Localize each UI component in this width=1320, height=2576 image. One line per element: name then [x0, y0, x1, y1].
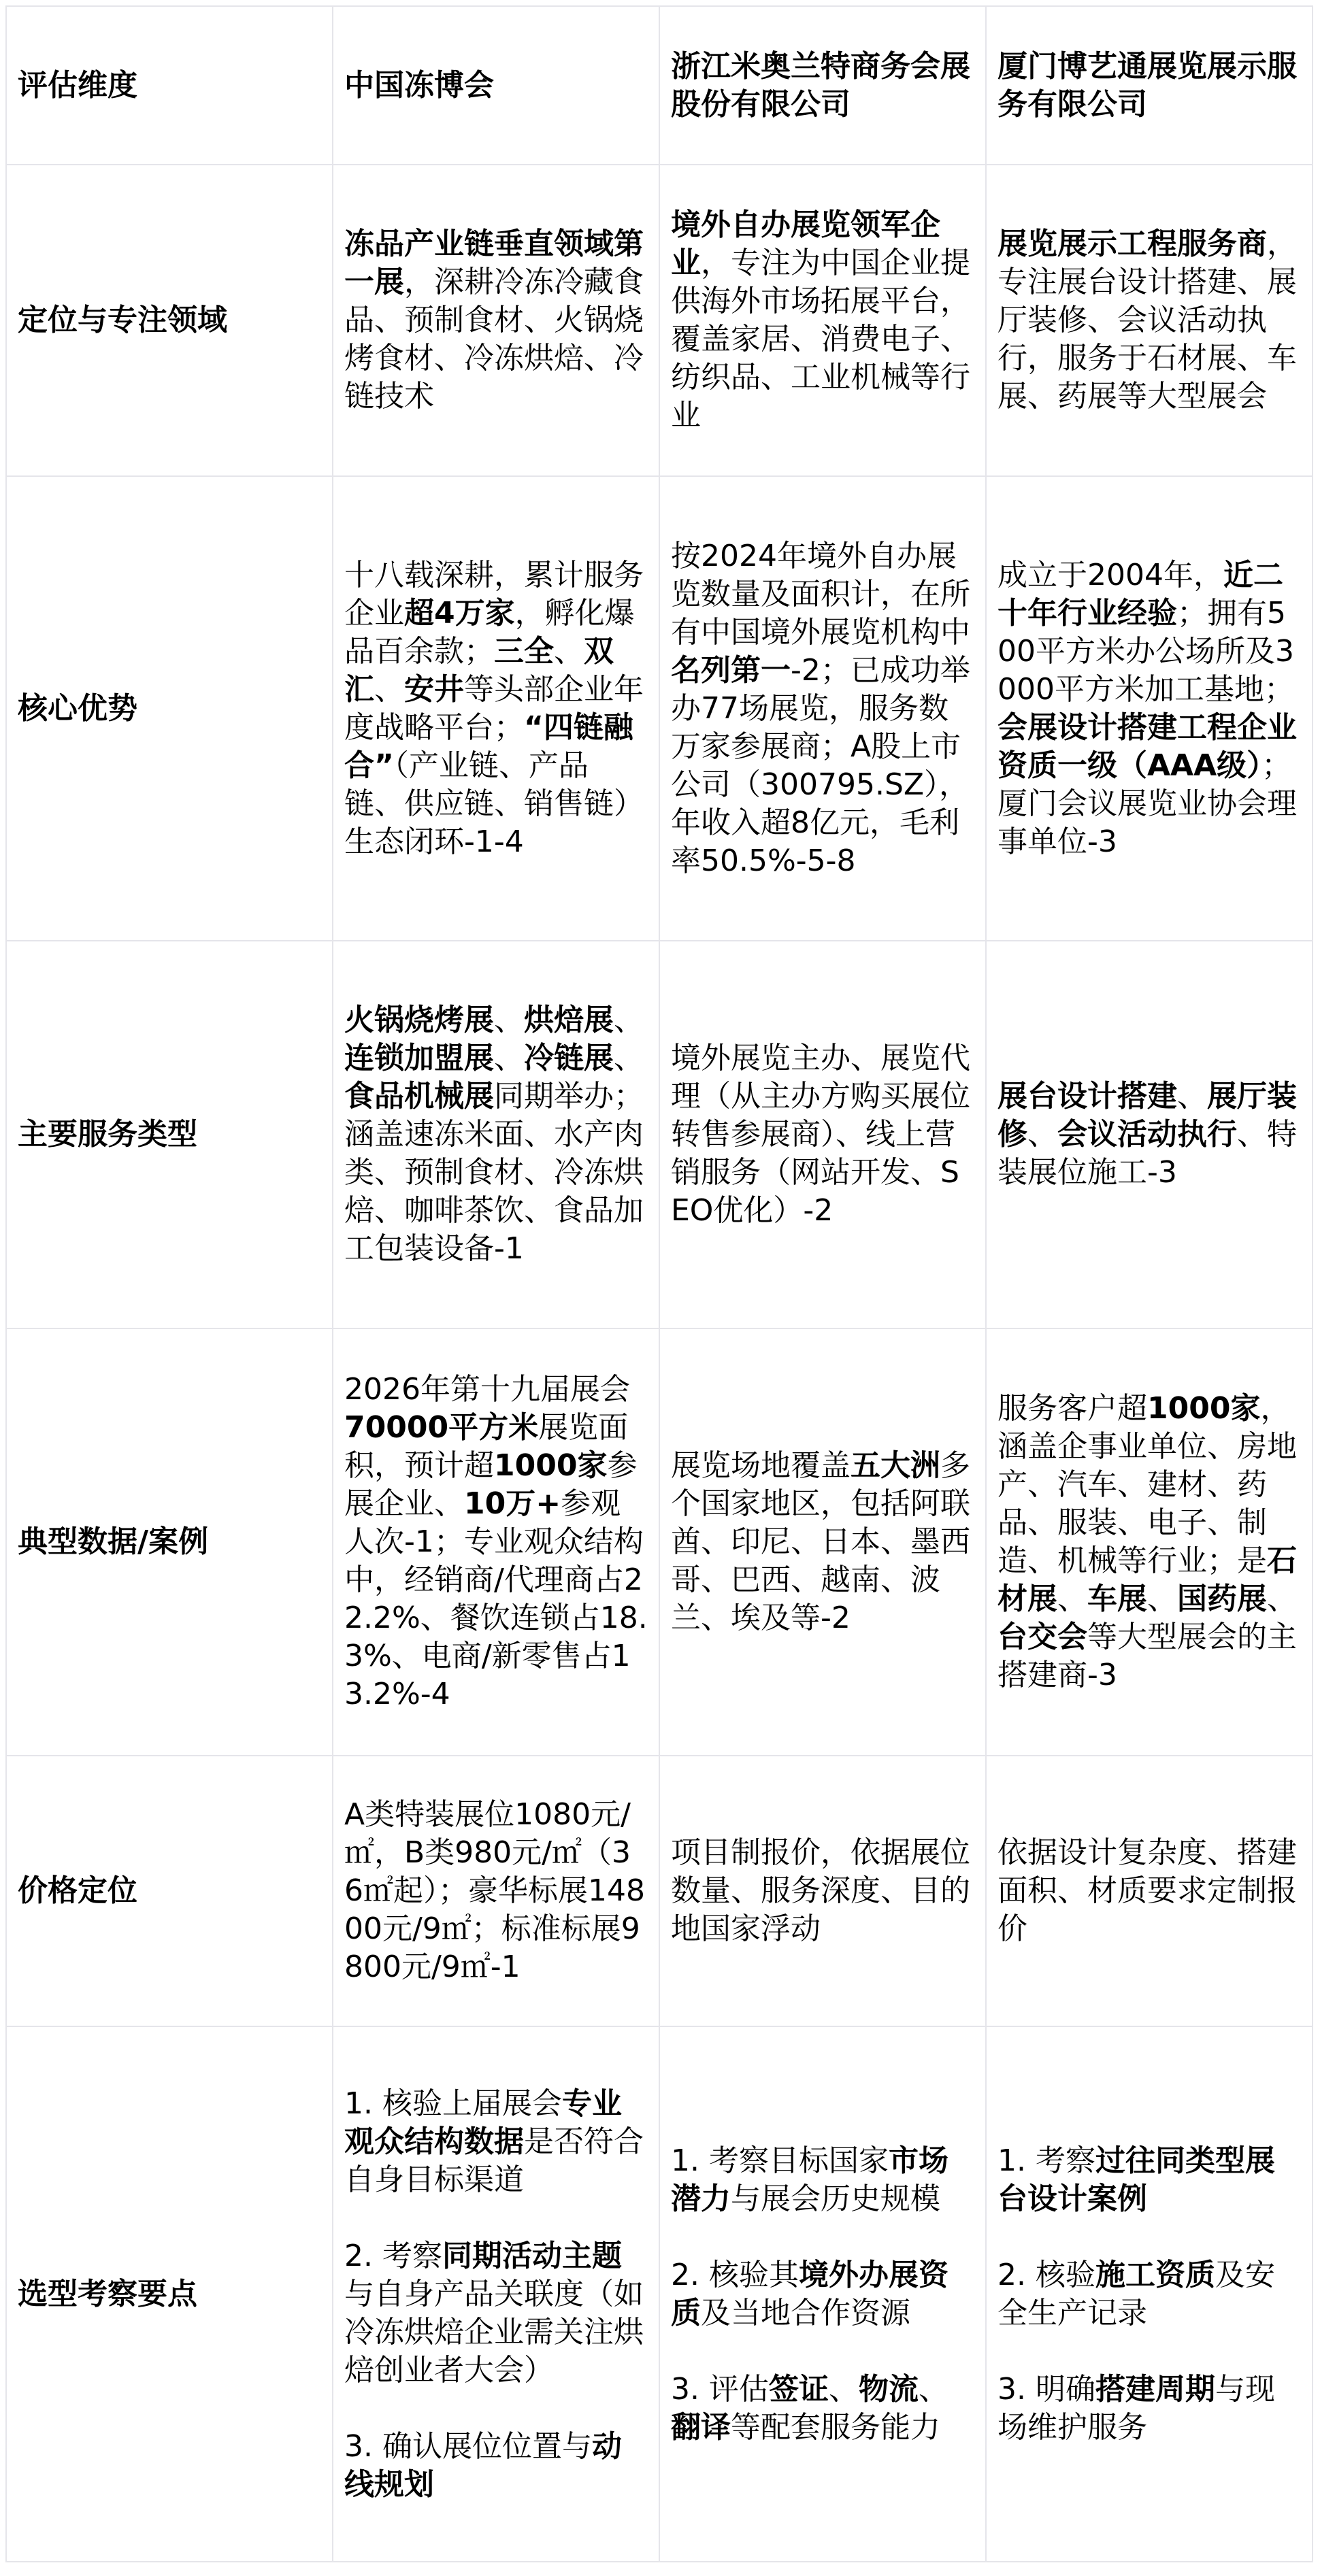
emphasis-text: 名列第一 — [671, 653, 791, 688]
cell-text: 项目制报价，依据展位数量、服务深度、目的地国家浮动 — [671, 1835, 970, 1946]
emphasis-text: 10万+ — [464, 1486, 561, 1521]
cell-text: 、 — [1177, 1079, 1207, 1114]
cell-text: 等配套服务能力 — [731, 2410, 940, 2445]
cell-text: 、 — [374, 672, 404, 707]
emphasis-text: 施工资质 — [1095, 2258, 1215, 2292]
emphasis-text: 超4万家 — [404, 596, 515, 631]
emphasis-text: 搭建周期 — [1095, 2372, 1215, 2407]
cell-text: 、 — [554, 634, 584, 669]
cell-paragraph: 服务客户超1000家，涵盖企事业单位、房地产、汽车、建材、药品、服装、电子、制造… — [997, 1390, 1301, 1694]
emphasis-text: 翻译 — [671, 2410, 731, 2445]
cell-text: 1. 考察目标国家 — [671, 2143, 889, 2178]
cell-text: 、 — [1147, 1582, 1177, 1616]
cell-text: 2. 核验其 — [671, 2258, 799, 2292]
cell-paragraph: 2. 核验施工资质及安全生产记录 — [997, 2256, 1301, 2332]
cell-text: 、 — [614, 1003, 644, 1037]
cell-text: 及当地合作资源 — [701, 2296, 910, 2330]
table-row: 典型数据/案例 2026年第十九届展会70000平方米展览面积，预计超1000家… — [6, 1328, 1313, 1756]
emphasis-text: 食品机械展 — [344, 1079, 494, 1114]
row-label: 定位与专注领域 — [6, 165, 333, 476]
cell-text: 3. 明确 — [997, 2372, 1095, 2407]
header-meorient: 浙江米奥兰特商务会展股份有限公司 — [659, 6, 986, 165]
cell-text: 与自身产品关联度（如冷冻烘焙企业需关注烘焙创业者大会） — [344, 2277, 644, 2388]
cell-paragraph: 成立于2004年，近二十年行业经验；拥有500平方米办公场所及3000平方米加工… — [997, 556, 1301, 861]
table-cell: 1. 考察过往同类型展台设计案例2. 核验施工资质及安全生产记录3. 明确搭建周… — [986, 2026, 1313, 2562]
cell-paragraph: 按2024年境外自办展览数量及面积计，在所有中国境外展览机构中名列第一-2；已成… — [671, 537, 974, 880]
cell-paragraph: 2. 考察同期活动主题与自身产品关联度（如冷冻烘焙企业需关注烘焙创业者大会） — [344, 2237, 648, 2390]
table-row: 选型考察要点 1. 核验上届展会专业观众结构数据是否符合自身目标渠道2. 考察同… — [6, 2026, 1313, 2562]
cell-paragraph: 境外自办展览领军企业，专注为中国企业提供海外市场拓展平台，覆盖家居、消费电子、纺… — [671, 206, 974, 435]
row-label: 核心优势 — [6, 476, 333, 941]
emphasis-text: 物流 — [859, 2372, 919, 2407]
table-cell: 服务客户超1000家，涵盖企事业单位、房地产、汽车、建材、药品、服装、电子、制造… — [986, 1328, 1313, 1756]
table-cell: 成立于2004年，近二十年行业经验；拥有500平方米办公场所及3000平方米加工… — [986, 476, 1313, 941]
emphasis-text: 台交会 — [997, 1620, 1087, 1654]
row-label: 选型考察要点 — [6, 2026, 333, 2562]
emphasis-text: 签证 — [769, 2372, 829, 2407]
emphasis-text: 1000家 — [494, 1448, 607, 1483]
cell-paragraph: 1. 核验上届展会专业观众结构数据是否符合自身目标渠道 — [344, 2085, 648, 2199]
comparison-table: 评估维度 中国冻博会 浙江米奥兰特商务会展股份有限公司 厦门博艺通展览展示服务有… — [5, 5, 1313, 2562]
cell-paragraph: A类特装展位1080元/㎡，B类980元/㎡（36㎡起）；豪华标展14800元/… — [344, 1796, 648, 1986]
cell-text: 3. 确认展位位置与 — [344, 2429, 592, 2464]
cell-text: 1. 核验上届展会 — [344, 2086, 562, 2121]
cell-text: 、 — [494, 1003, 524, 1037]
emphasis-text: 冷链展 — [524, 1041, 614, 1075]
cell-text: 、 — [494, 1041, 524, 1075]
emphasis-text: 烘焙展 — [524, 1003, 614, 1037]
header-china-frozen-expo: 中国冻博会 — [333, 6, 659, 165]
table-row: 核心优势 十八载深耕，累计服务企业超4万家，孵化爆品百余款；三全、双汇、安井等头… — [6, 476, 1313, 941]
cell-text: 展览场地覆盖 — [671, 1448, 851, 1483]
cell-text: 按2024年境外自办展览数量及面积计，在所有中国境外展览机构中 — [671, 539, 970, 650]
cell-text: A类特装展位1080元/㎡，B类980元/㎡（36㎡起）；豪华标展14800元/… — [344, 1797, 645, 1984]
cell-paragraph: 3. 确认展位位置与动线规划 — [344, 2428, 648, 2504]
cell-text: ，专注为中国企业提供海外市场拓展平台，覆盖家居、消费电子、纺织品、工业机械等行业 — [671, 246, 970, 433]
cell-paragraph: 展台设计搭建、展厅装修、会议活动执行、特装展位施工-3 — [997, 1077, 1301, 1192]
emphasis-text: 70000平方米 — [344, 1410, 538, 1445]
cell-paragraph: 2026年第十九届展会70000平方米展览面积，预计超1000家参展企业、10万… — [344, 1371, 648, 1713]
table-cell: 展台设计搭建、展厅装修、会议活动执行、特装展位施工-3 — [986, 941, 1313, 1328]
cell-paragraph: 1. 考察过往同类型展台设计案例 — [997, 2142, 1301, 2218]
table-cell: 境外自办展览领军企业，专注为中国企业提供海外市场拓展平台，覆盖家居、消费电子、纺… — [659, 165, 986, 476]
cell-text: 2026年第十九届展会 — [344, 1372, 630, 1407]
cell-text: 2. 考察 — [344, 2239, 442, 2273]
cell-paragraph: 十八载深耕，累计服务企业超4万家，孵化爆品百余款；三全、双汇、安井等头部企业年度… — [344, 556, 648, 861]
cell-text: 、 — [829, 2372, 859, 2407]
emphasis-text: 三全 — [494, 634, 554, 669]
cell-text: 、 — [1057, 1582, 1087, 1616]
table-cell: 1. 核验上届展会专业观众结构数据是否符合自身目标渠道2. 考察同期活动主题与自… — [333, 2026, 659, 2562]
cell-text: 1. 考察 — [997, 2143, 1095, 2178]
cell-paragraph: 展览展示工程服务商，专注展台设计搭建、展厅装修、会议活动执行，服务于石材展、车展… — [997, 225, 1301, 416]
header-xiamen-boyitong: 厦门博艺通展览展示服务有限公司 — [986, 6, 1313, 165]
cell-paragraph: 2. 核验其境外办展资质及当地合作资源 — [671, 2256, 974, 2332]
cell-text: 境外展览主办、展览代理（从主办方购买展位转售参展商）、线上营销服务（网站开发、S… — [671, 1041, 970, 1228]
cell-text: 、 — [1267, 1582, 1297, 1616]
row-label: 主要服务类型 — [6, 941, 333, 1328]
table-cell: 境外展览主办、展览代理（从主办方购买展位转售参展商）、线上营销服务（网站开发、S… — [659, 941, 986, 1328]
table-cell: 十八载深耕，累计服务企业超4万家，孵化爆品百余款；三全、双汇、安井等头部企业年度… — [333, 476, 659, 941]
cell-text: 成立于2004年， — [997, 558, 1223, 592]
table-cell: 展览展示工程服务商，专注展台设计搭建、展厅装修、会议活动执行，服务于石材展、车展… — [986, 165, 1313, 476]
cell-paragraph: 冻品产业链垂直领域第一展，深耕冷冻冷藏食品、预制食材、火锅烧烤食材、冷冻烘焙、冷… — [344, 225, 648, 416]
emphasis-text: 安井 — [404, 672, 464, 707]
cell-text: 与展会历史规模 — [731, 2181, 940, 2216]
table-cell: 依据设计复杂度、搭建面积、材质要求定制报价 — [986, 1756, 1313, 2026]
table-cell: 按2024年境外自办展览数量及面积计，在所有中国境外展览机构中名列第一-2；已成… — [659, 476, 986, 941]
header-row: 评估维度 中国冻博会 浙江米奥兰特商务会展股份有限公司 厦门博艺通展览展示服务有… — [6, 6, 1313, 165]
table-cell: 火锅烧烤展、烘焙展、连锁加盟展、冷链展、食品机械展同期举办；涵盖速冻米面、水产肉… — [333, 941, 659, 1328]
cell-text: 、 — [614, 1041, 644, 1075]
table-row: 定位与专注领域 冻品产业链垂直领域第一展，深耕冷冻冷藏食品、预制食材、火锅烧烤食… — [6, 165, 1313, 476]
table-row: 价格定位 A类特装展位1080元/㎡，B类980元/㎡（36㎡起）；豪华标展14… — [6, 1756, 1313, 2026]
table-cell: A类特装展位1080元/㎡，B类980元/㎡（36㎡起）；豪华标展14800元/… — [333, 1756, 659, 2026]
cell-paragraph: 境外展览主办、展览代理（从主办方购买展位转售参展商）、线上营销服务（网站开发、S… — [671, 1039, 974, 1230]
table-cell: 1. 考察目标国家市场潜力与展会历史规模2. 核验其境外办展资质及当地合作资源3… — [659, 2026, 986, 2562]
cell-paragraph: 1. 考察目标国家市场潜力与展会历史规模 — [671, 2142, 974, 2218]
emphasis-text: 会议活动执行 — [1057, 1117, 1237, 1152]
row-label: 价格定位 — [6, 1756, 333, 2026]
cell-paragraph: 展览场地覆盖五大洲多个国家地区，包括阿联酋、印尼、日本、墨西哥、巴西、越南、波兰… — [671, 1447, 974, 1637]
emphasis-text: 1000家 — [1147, 1391, 1260, 1426]
cell-paragraph: 依据设计复杂度、搭建面积、材质要求定制报价 — [997, 1834, 1301, 1948]
cell-text: 依据设计复杂度、搭建面积、材质要求定制报价 — [997, 1835, 1297, 1946]
cell-text: 服务客户超 — [997, 1391, 1147, 1426]
emphasis-text: 连锁加盟展 — [344, 1041, 494, 1075]
emphasis-text: 展览展示工程服务商 — [997, 227, 1267, 261]
table-cell: 展览场地覆盖五大洲多个国家地区，包括阿联酋、印尼、日本、墨西哥、巴西、越南、波兰… — [659, 1328, 986, 1756]
emphasis-text: 五大洲 — [851, 1448, 940, 1483]
cell-text: 、 — [1027, 1117, 1057, 1152]
emphasis-text: 展台设计搭建 — [997, 1079, 1177, 1114]
emphasis-text: 会展设计搭建工程企业资质一级（AAA级） — [997, 710, 1297, 783]
row-label: 典型数据/案例 — [6, 1328, 333, 1756]
emphasis-text: 车展 — [1087, 1582, 1147, 1616]
emphasis-text: 火锅烧烤展 — [344, 1003, 494, 1037]
header-dimension: 评估维度 — [6, 6, 333, 165]
cell-paragraph: 火锅烧烤展、烘焙展、连锁加盟展、冷链展、食品机械展同期举办；涵盖速冻米面、水产肉… — [344, 1001, 648, 1268]
table-cell: 冻品产业链垂直领域第一展，深耕冷冻冷藏食品、预制食材、火锅烧烤食材、冷冻烘焙、冷… — [333, 165, 659, 476]
table-row: 主要服务类型 火锅烧烤展、烘焙展、连锁加盟展、冷链展、食品机械展同期举办；涵盖速… — [6, 941, 1313, 1328]
table-cell: 项目制报价，依据展位数量、服务深度、目的地国家浮动 — [659, 1756, 986, 2026]
cell-text: 2. 核验 — [997, 2258, 1095, 2292]
cell-paragraph: 3. 评估签证、物流、翻译等配套服务能力 — [671, 2371, 974, 2447]
cell-text: 3. 评估 — [671, 2372, 769, 2407]
cell-paragraph: 项目制报价，依据展位数量、服务深度、目的地国家浮动 — [671, 1834, 974, 1948]
emphasis-text: 国药展 — [1177, 1582, 1267, 1616]
cell-text: 、 — [919, 2372, 948, 2407]
cell-paragraph: 3. 明确搭建周期与现场维护服务 — [997, 2371, 1301, 2447]
emphasis-text: 同期活动主题 — [442, 2239, 622, 2273]
table-cell: 2026年第十九届展会70000平方米展览面积，预计超1000家参展企业、10万… — [333, 1328, 659, 1756]
